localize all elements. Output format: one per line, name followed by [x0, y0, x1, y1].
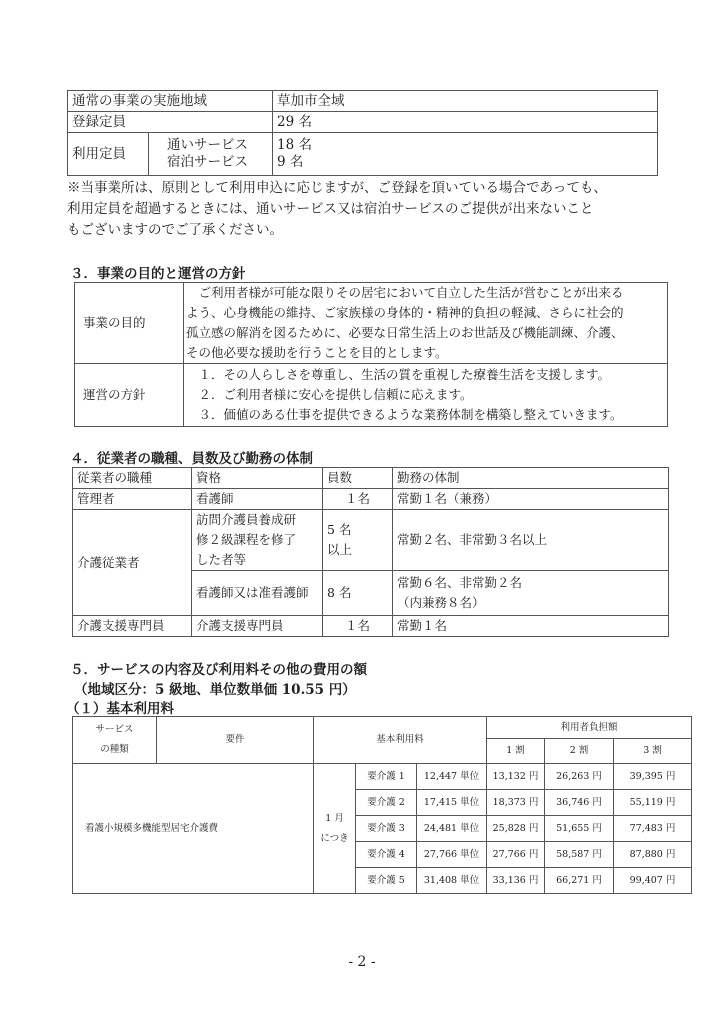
header-ratio-3: 3 割 — [614, 739, 692, 764]
manager-qual: 看護師 — [192, 489, 323, 510]
table-row: 管理者 看護師 １名 常勤１名（兼務） — [73, 489, 669, 510]
care-staff-shift-1: 常勤２名、非常勤３名以上 — [393, 510, 669, 571]
care-staff-count-1: 5 名 以上 — [323, 510, 393, 571]
page-number: - 2 - — [0, 954, 724, 970]
header-service-type: サービス の種類 — [73, 717, 157, 764]
burden-1: 33,136 円 — [487, 868, 545, 894]
header-qualification: 資格 — [192, 468, 323, 489]
period-line: につき — [316, 829, 353, 849]
policy-line: ３．価値のある仕事を提供できるような業務体制を構築し整えていきます。 — [186, 405, 665, 425]
registered-capacity-label: 登録定員 — [68, 112, 273, 133]
policy-line: ２．ご利用者様に安心を提供し信頼に応えます。 — [186, 385, 665, 405]
units: 24,481 単位 — [417, 816, 487, 842]
section-3-heading: ３．事業の目的と運営の方針 — [70, 262, 246, 282]
period: 1 月 につき — [314, 764, 356, 894]
header-base-fee: 基本利用料 — [314, 717, 487, 764]
table-row: 介護支援専門員 介護支援専門員 １名 常勤１名 — [73, 616, 669, 637]
table-row: 介護従業者 訪問介護員養成研 修２級課程を修了 した者等 5 名 以上 常勤２名… — [73, 510, 669, 571]
shift-line: 常勤６名、非常勤２名 — [397, 573, 664, 593]
care-staff-qual-1: 訪問介護員養成研 修２級課程を修了 した者等 — [192, 510, 323, 571]
support-shift: 常勤１名 — [393, 616, 669, 637]
support-role: 介護支援専門員 — [73, 616, 192, 637]
table-header-row: サービス の種類 要件 基本利用料 利用者負担額 — [73, 717, 692, 739]
table-row: 事業の目的 ご利用者様が可能な限りその居宅において自立した生活が営むことが出来る… — [75, 283, 668, 364]
service-name: 看護小規模多機能型居宅介護費 — [73, 764, 314, 894]
section-5-heading: ５．サービスの内容及び利用料その他の費用の額 — [70, 658, 367, 678]
policy-line: １．その人らしさを尊重し、生活の質を重視した療養生活を支援します。 — [186, 365, 665, 385]
area-value: 草加市全域 — [273, 91, 658, 112]
capacity-services: 通いサービス 宿泊サービス — [149, 133, 273, 176]
count-line: 以上 — [327, 540, 388, 560]
header-role: 従業者の職種 — [73, 468, 192, 489]
burden-2: 51,655 円 — [545, 816, 614, 842]
burden-1: 13,132 円 — [487, 764, 545, 790]
burden-3: 87,880 円 — [614, 842, 692, 868]
purpose-text: ご利用者様が可能な限りその居宅において自立した生活が営むことが出来る よう、心身… — [184, 283, 668, 364]
burden-3: 99,407 円 — [614, 868, 692, 894]
support-count: １名 — [323, 616, 393, 637]
manager-role: 管理者 — [73, 489, 192, 510]
units: 31,408 単位 — [417, 868, 487, 894]
capacity-note: ※当事業所は、原則として利用申込に応じますが、ご登録を頂いている場合であっても、… — [67, 178, 687, 241]
header-burden: 利用者負担額 — [487, 717, 692, 739]
burden-1: 27,766 円 — [487, 842, 545, 868]
header-line: の種類 — [75, 740, 154, 760]
policy-label: 運営の方針 — [75, 364, 184, 427]
care-level: 要介護 2 — [356, 790, 417, 816]
table-header-row: 従業者の職種 資格 員数 勤務の体制 — [73, 468, 669, 489]
care-staff-count-2: 8 名 — [323, 571, 393, 616]
overnight-service-label: 宿泊サービス — [167, 154, 268, 171]
care-level: 要介護 4 — [356, 842, 417, 868]
care-staff-shift-2: 常勤６名、非常勤２名 （内兼務８名） — [393, 571, 669, 616]
purpose-policy-table: 事業の目的 ご利用者様が可能な限りその居宅において自立した生活が営むことが出来る… — [74, 282, 668, 427]
manager-shift: 常勤１名（兼務） — [393, 489, 669, 510]
table-row: 通常の事業の実施地域 草加市全域 — [68, 91, 658, 112]
support-qual: 介護支援専門員 — [192, 616, 323, 637]
units: 27,766 単位 — [417, 842, 487, 868]
section-4-heading: ４．従業者の職種、員数及び勤務の体制 — [70, 447, 313, 467]
period-line: 1 月 — [316, 809, 353, 829]
care-level: 要介護 5 — [356, 868, 417, 894]
care-staff-qual-2: 看護師又は准看護師 — [192, 571, 323, 616]
staff-table: 従業者の職種 資格 員数 勤務の体制 管理者 看護師 １名 常勤１名（兼務） 介… — [72, 467, 669, 637]
table-row: 運営の方針 １．その人らしさを尊重し、生活の質を重視した療養生活を支援します。 … — [75, 364, 668, 427]
overnight-service-value: 9 名 — [277, 154, 653, 171]
purpose-line: ご利用者様が可能な限りその居宅において自立した生活が営むことが出来る — [186, 283, 665, 303]
header-ratio-1: 1 割 — [487, 739, 545, 764]
burden-3: 39,395 円 — [614, 764, 692, 790]
units: 12,447 単位 — [417, 764, 487, 790]
purpose-line: よう、心身機能の維持、ご家族様の身体的・精神的負担の軽減、さらに社会的 — [186, 303, 665, 323]
units: 17,415 単位 — [417, 790, 487, 816]
note-line: もございますのでご了承ください。 — [67, 220, 687, 241]
qual-line: 修２級課程を修了 — [196, 530, 318, 550]
qual-line: した者等 — [196, 550, 318, 570]
day-service-value: 18 名 — [277, 137, 653, 154]
care-level: 要介護 1 — [356, 764, 417, 790]
burden-2: 26,263 円 — [545, 764, 614, 790]
basic-fee-heading: （１）基本利用料 — [66, 697, 174, 717]
purpose-line: その他必要な援助を行うことを目的とします。 — [186, 343, 665, 363]
header-count: 員数 — [323, 468, 393, 489]
manager-count: １名 — [323, 489, 393, 510]
care-staff-role: 介護従業者 — [73, 510, 192, 616]
count-line: 5 名 — [327, 520, 388, 540]
burden-2: 66,271 円 — [545, 868, 614, 894]
table-row: 登録定員 29 名 — [68, 112, 658, 133]
burden-3: 77,483 円 — [614, 816, 692, 842]
burden-1: 25,828 円 — [487, 816, 545, 842]
day-service-label: 通いサービス — [167, 137, 268, 154]
header-line: サービス — [75, 720, 154, 740]
basic-fee-table: サービス の種類 要件 基本利用料 利用者負担額 1 割 2 割 3 割 看護小… — [72, 716, 692, 894]
burden-2: 58,587 円 — [545, 842, 614, 868]
header-ratio-2: 2 割 — [545, 739, 614, 764]
table-row: 利用定員 通いサービス 宿泊サービス 18 名 9 名 — [68, 133, 658, 176]
policy-text: １．その人らしさを尊重し、生活の質を重視した療養生活を支援します。 ２．ご利用者… — [184, 364, 668, 427]
shift-line: （内兼務８名） — [397, 593, 664, 613]
capacity-label: 利用定員 — [68, 133, 149, 176]
section-5-subheading: （地域区分：5 級地、単位数単価 10.55 円） — [74, 678, 356, 698]
purpose-line: 孤立感の解消を図るために、必要な日常生活上のお世話及び機能訓練、介護、 — [186, 323, 665, 343]
header-shift: 勤務の体制 — [393, 468, 669, 489]
note-line: 利用定員を超過するときには、通いサービス又は宿泊サービスのご提供が出来ないこと — [67, 199, 687, 220]
qual-line: 訪問介護員養成研 — [196, 510, 318, 530]
burden-1: 18,373 円 — [487, 790, 545, 816]
burden-2: 36,746 円 — [545, 790, 614, 816]
service-area-table: 通常の事業の実施地域 草加市全域 登録定員 29 名 利用定員 通いサービス 宿… — [67, 90, 658, 176]
care-level: 要介護 3 — [356, 816, 417, 842]
purpose-label: 事業の目的 — [75, 283, 184, 364]
table-row: 看護小規模多機能型居宅介護費 1 月 につき 要介護 1 12,447 単位 1… — [73, 764, 692, 790]
area-label: 通常の事業の実施地域 — [68, 91, 273, 112]
header-requirement: 要件 — [157, 717, 314, 764]
note-line: ※当事業所は、原則として利用申込に応じますが、ご登録を頂いている場合であっても、 — [67, 178, 687, 199]
capacity-values: 18 名 9 名 — [273, 133, 658, 176]
registered-capacity-value: 29 名 — [273, 112, 658, 133]
burden-3: 55,119 円 — [614, 790, 692, 816]
